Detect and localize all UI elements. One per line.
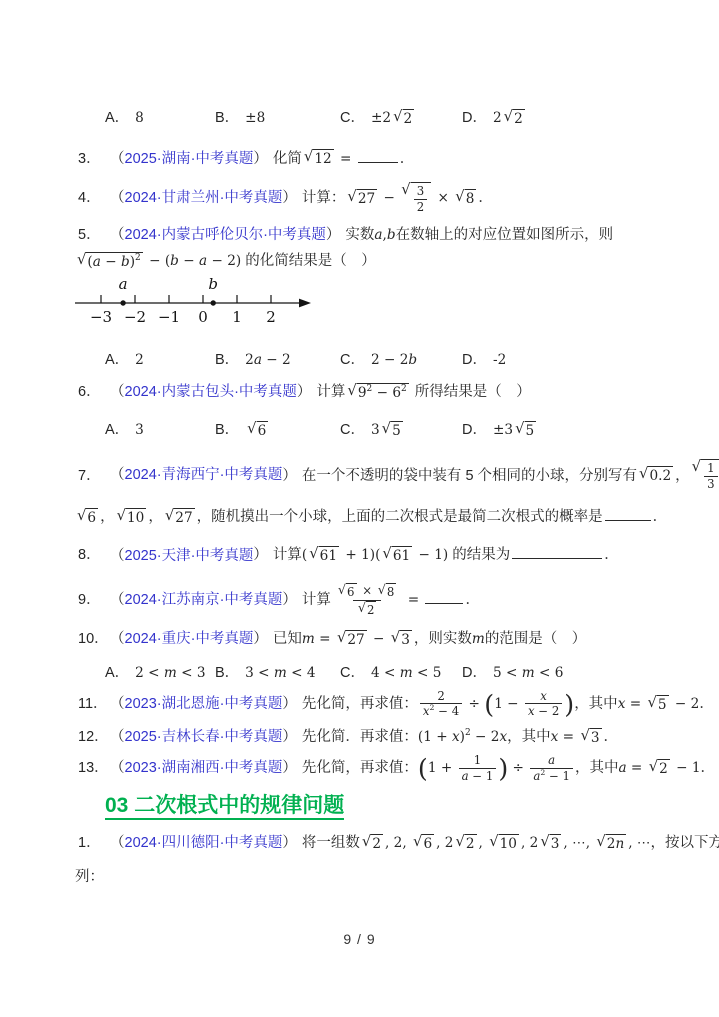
radicand: 3 [400,630,412,649]
radical-sign: √ [413,834,422,850]
sqrt-expression: √27 [337,630,367,649]
choice-label: A． [105,352,129,368]
text-run: 在数轴上的对应位置如图所示，则 [396,227,614,243]
math-run: , 2 [521,835,538,851]
problem-body: 实数a,b在数轴上的对应位置如图所示，则 [345,227,613,243]
radicand: 3 [590,728,602,747]
citation: 2024·青海西宁·中考真题 [125,468,283,484]
sqrt-expression: √5 [382,421,403,440]
math-run: ( [302,547,307,563]
section-heading: 03 二次根式中的规律问题 [105,792,679,819]
sqrt-expression: √6 [77,508,98,527]
document-page: A．8B．±8C．±2√2D．2√23．（2025·湖南·中考真题）化简√12 … [0,0,719,1017]
choice-b: B．3 < m < 4 [215,663,340,685]
math-variable: a [254,352,262,368]
svg-text:b: b [208,276,218,293]
problem-5: 5．（2024·内蒙古呼伦贝尔·中考真题）实数a,b在数轴上的对应位置如图所示，… [75,225,679,247]
choice-b: B．±8 [215,108,340,130]
math-run: 2 [404,111,413,127]
math-run: − 2 [535,704,560,718]
text-run: ，其中 [575,760,619,776]
choice-label: C． [340,422,365,438]
text-run: 先化简，再求值： [302,696,418,712]
radicand: 8 [386,583,396,599]
choice-d: D．-2 [462,350,506,372]
math-run: 2 [514,111,523,127]
sqrt-expression: √(a − b)2 [77,252,143,271]
radical-sign: √ [77,252,86,268]
radicand: 27 [346,630,366,649]
answer-blank [425,589,463,604]
math-run: 2 [466,836,475,852]
radical-sign: √ [347,189,356,205]
math-variable: b [387,227,396,243]
citation: 2024·内蒙古呼伦贝尔·中考真题 [125,227,326,243]
choice-label: C． [340,665,365,681]
radical-sign: √ [347,383,356,399]
radical-sign: √ [165,508,174,524]
problem-body: 计算：√27 − √32 × √8． [302,190,493,206]
problem-number: 12． [78,727,110,749]
math-run: < 4 [287,665,316,681]
problem-number: 4． [78,188,110,210]
math-run: ±2 [371,110,391,126]
superscript: 2 [401,384,407,394]
radicand: 27 [357,189,377,208]
math-run: , ⋯ [628,835,650,851]
text-run: ， [148,509,163,525]
text-run: ， [675,468,690,484]
math-run: 3 [417,184,424,198]
math-variable: b [408,352,417,368]
problem-body: 在一个不透明的袋中装有 5 个相同的小球，分别写有√0.2，√13， [302,468,719,484]
math-run: − 1 [545,769,570,783]
denominator: x2 − 4 [420,703,462,719]
paren-open: （ [110,190,125,206]
paren-open: （ [110,835,125,851]
radicand: 6 [257,421,269,440]
problem-body: 计算(√61 + 1)(√61 − 1) 的结果为． [273,547,619,563]
radical-sign: √ [455,834,464,850]
math-run: 3 [401,632,410,648]
math-variable: x [452,729,460,745]
math-run: − 2 [262,352,291,368]
radical-sign: √ [338,583,346,597]
paren-close: ） [282,592,297,608]
radical-sign: √ [337,630,346,646]
choice-d: D．±3√5 [462,420,538,442]
citation: 2025·天津·中考真题 [125,547,254,563]
svg-text:a: a [119,276,128,293]
math-run: 2 [493,110,502,126]
math-run: − 4 [434,704,459,718]
math-run: = [315,631,335,647]
sqrt-expression: √2 [358,601,377,617]
math-run: 3 < [245,665,274,681]
math-run: 2 [245,352,254,368]
math-run: ÷ [508,760,528,776]
answer-blank [358,148,398,163]
math-run: = [336,151,356,167]
radicand: 61 [319,546,339,565]
sqrt-expression: √2 [504,109,525,128]
math-run: 6 [258,423,267,439]
math-run: = [558,729,578,745]
sqrt-expression: √3 [540,834,561,853]
problem-number: 3． [78,149,110,171]
problem-number: 7． [78,466,110,488]
math-run: 2 − 2 [371,352,408,368]
section-heading-text: 03 二次根式中的规律问题 [105,794,344,820]
text-run: ． [604,729,619,745]
denominator: √2 [353,600,382,617]
problem-body: 计算√6 × √8√2 = ． [302,592,480,608]
math-run: − 1 [469,769,494,783]
sqrt-expression: √10 [117,508,147,527]
math-run: ÷ [464,696,484,712]
problem-number: 8． [78,545,110,567]
paren-open: （ [110,227,125,243]
paren-open: （ [110,729,125,745]
math-run: 6 [347,585,354,599]
text-run: 列： [75,869,104,885]
paren-close: ） [297,384,312,400]
numerator: 3 [414,184,427,199]
text-run: 在一个不透明的袋中装有 5 个相同的小球，分别写有 [302,468,637,484]
math-variable: a [374,227,382,243]
sqrt-expression: √3 [580,728,601,747]
denominator: 3 [704,476,717,492]
figure-block: −3−2−1012ab [71,276,679,340]
math-variable: m [302,631,315,647]
paren-close: ） [282,468,297,484]
text-run: 实数 [345,227,374,243]
denominator: a2 − 1 [530,768,573,784]
text-run: ，其中 [574,696,618,712]
math-variable: b [170,253,179,269]
sqrt-expression: √2 [649,759,670,778]
paren-close: ） [282,729,297,745]
radical-sign: √ [117,508,126,524]
problem-number: 13． [78,758,110,780]
math-run: − 2 [671,696,700,712]
radicand: 8 [465,189,477,208]
paren-open: （ [110,592,125,608]
math-run: 3 [371,422,380,438]
math-run: , 2, [385,835,411,851]
math-run: , ⋯, [563,835,594,851]
choice-d: D．2√2 [462,108,527,130]
continuation-line: √(a − b)2 − (b − a − 2) 的化简结果是（ ） [75,251,679,273]
citation: 2023·湖南湘西·中考真题 [125,760,283,776]
choice-label: D． [462,110,487,126]
paren-open: （ [110,547,125,563]
radicand: 5 [525,421,537,440]
math-variable: x [528,704,535,718]
radical-sign: √ [247,421,256,437]
numerator: 1 [704,461,717,476]
citation: 2024·甘肃兰州·中考真题 [125,190,283,206]
math-run: − ( [145,253,170,269]
radical-sign: √ [401,182,410,198]
text-run: ． [699,696,714,712]
choices-row: A．3B．√6C．3√5D．±3√5 [75,420,679,442]
math-run: (1 + [418,729,452,745]
denominator: 2 [414,199,427,215]
radical-sign: √ [596,834,605,850]
text-run: ． [701,760,716,776]
citation: 2025·湖南·中考真题 [125,151,254,167]
choice-c: C．3√5 [340,420,462,442]
choice-label: B． [215,422,239,438]
choice-a: A．2 [105,350,215,372]
text-run: ，其中 [507,729,551,745]
problem-body: 将一组数√2, 2, √6, 2√2, √10, 2√3, ⋯, √2n, ⋯，… [302,835,719,851]
math-variable: a [618,760,626,776]
fraction: aa2 − 1 [530,753,573,784]
math-variable: a [548,753,555,767]
paren-close: ） [282,696,297,712]
radical-sign: √ [378,583,386,597]
radicand: 2 [658,759,670,778]
math-run: 10 [127,510,144,526]
sqrt-expression: √5 [515,421,536,440]
radicand: 13 [701,459,719,492]
denominator: a − 1 [459,768,497,784]
math-run: = [627,760,647,776]
choice-label: B． [215,352,239,368]
citation: 2024·内蒙古包头·中考真题 [125,384,297,400]
fraction: xx − 2 [525,689,562,720]
problem-9: 9．（2024·江苏南京·中考真题）计算√6 × √8√2 = ． [75,583,679,617]
math-variable: b [121,254,130,270]
math-variable: x [423,704,430,718]
text-run: ． [400,151,415,167]
text-run: 化简 [273,151,302,167]
text-run: 将一组数 [302,835,360,851]
paren-close: ） [253,151,268,167]
text-run: 的结果为 [448,547,510,563]
math-run: 10 [500,836,517,852]
text-run: 已知 [273,631,302,647]
math-variable: m [164,665,177,681]
sqrt-expression: √61 [382,546,412,565]
text-run: ， [100,509,115,525]
math-run: ±8 [245,110,265,126]
radical-sign: √ [515,421,524,437]
math-run: 2 [372,836,381,852]
math-run: < 3 [177,665,206,681]
problem-body: 已知m = √27 − √3，则实数m的范围是（ ） [273,631,586,647]
citation: 2023·湖北恩施·中考真题 [125,696,283,712]
math-variable: x [540,689,547,703]
problem-6: 6．（2024·内蒙古包头·中考真题）计算√92 − 62 所得结果是（ ） [75,382,679,404]
choice-label: D． [462,352,487,368]
math-run: -2 [493,352,506,368]
math-run: − [379,190,399,206]
text-run: 先化简．再求值： [302,729,418,745]
radicand: 0.2 [648,466,673,485]
text-run: 计算 [316,384,345,400]
svg-text:−3: −3 [90,308,112,326]
radicand: 5 [657,695,669,714]
radical-sign: √ [393,109,402,125]
math-run: 2 [135,352,144,368]
math-run: × [433,190,453,206]
citation: 2025·吉林长春·中考真题 [125,729,283,745]
radicand: 2 [513,109,525,128]
math-run: − 1 [672,760,701,776]
math-run: ±3 [493,422,513,438]
problem-body: 先化简．再求值：(1 + x)2 − 2x，其中x = √3． [302,729,618,745]
svg-text:−1: −1 [158,308,180,326]
paren-open: （ [110,631,125,647]
radicand: 6 [346,583,356,599]
radicand: 10 [499,834,519,853]
math-run: 2 < [135,665,164,681]
numerator: 2 [434,689,447,704]
sqrt-expression: √2 [393,109,414,128]
problem-11: 11．（2023·湖北恩施·中考真题）先化简，再求值：2x2 − 4 ÷ (1 … [75,689,679,720]
choice-c: C．±2√2 [340,108,462,130]
citation: 2024·四川德阳·中考真题 [125,835,283,851]
text-run: ． [604,547,619,563]
choice-a: A．8 [105,108,215,130]
math-run: < 6 [535,665,564,681]
math-run: 0.2 [649,468,671,484]
radicand: 2 [366,601,376,617]
numerator: 1 [471,753,484,768]
math-run: < 5 [413,665,442,681]
numerator: a [545,753,558,768]
problem-number: 6． [78,382,110,404]
radical-sign: √ [358,601,366,615]
math-run: − 2) [207,253,241,269]
sqrt-expression: √2n [596,834,626,853]
math-run: 8 [135,110,144,126]
big-paren: ) [498,753,508,783]
math-run: 2 [367,603,374,617]
fraction: 1a − 1 [459,753,497,784]
problem-13: 13．（2023·湖南湘西·中考真题）先化简，再求值：(1 + 1a − 1) … [75,753,679,784]
sqrt-expression: √8 [378,583,397,599]
problem-body: 计算√92 − 62 所得结果是（ ） [316,384,530,400]
fraction: 2x2 − 4 [420,689,462,720]
sqrt-expression: √10 [489,834,519,853]
radicand: 2n [606,834,626,853]
svg-text:2: 2 [266,308,276,326]
choice-a: A．3 [105,420,215,442]
problem-number: 9． [78,590,110,612]
choice-b: B．√6 [215,420,340,442]
math-run: 1 − [494,696,523,712]
math-run: 2 [417,200,424,214]
text-run: ，按以下方式进行排 [651,835,719,851]
problem-10: 10．（2024·重庆·中考真题）已知m = √27 − √3，则实数m的范围是… [75,629,679,651]
math-variable: n [615,836,624,852]
choice-a: A．2 < m < 3 [105,663,215,685]
radical-sign: √ [647,695,656,711]
document-content: A．8B．±8C．±2√2D．2√23．（2025·湖南·中考真题）化简√12 … [75,108,679,888]
paren-close: ） [282,835,297,851]
math-run: 5 [526,423,535,439]
text-run: 的化简结果是（ ） [241,253,376,269]
choice-label: D． [462,422,487,438]
math-run: − [101,254,121,270]
math-variable: m [522,665,535,681]
math-run: = [403,592,423,608]
citation: 2024·江苏南京·中考真题 [125,592,283,608]
big-paren: ( [484,688,494,718]
paren-open: （ [110,760,125,776]
radical-sign: √ [304,149,313,165]
choice-c: C．2 − 2b [340,350,462,372]
math-run: 27 [358,191,375,207]
radical-sign: √ [362,834,371,850]
radicand: 10 [126,508,146,527]
radicand: 27 [174,508,194,527]
sqrt-expression: √3 [391,630,412,649]
radical-sign: √ [489,834,498,850]
math-variable: a [93,254,101,270]
text-run: 先化简，再求值： [302,760,418,776]
radical-sign: √ [77,508,86,524]
math-run: 5 < [493,665,522,681]
radicand: (a − b)2 [86,252,142,271]
radicand: 6 [422,834,434,853]
math-run: , [479,835,488,851]
sqrt-expression: √27 [347,189,377,208]
radicand: 5 [391,421,403,440]
answer-blank [605,506,651,521]
big-paren: ( [418,753,428,783]
continuation-line: √6，√10，√27，随机摸出一个小球，上面的二次根式是最简二次根式的概率是． [75,506,679,529]
math-run: − [369,631,389,647]
sqrt-expression: √8 [455,189,476,208]
paren-open: （ [110,151,125,167]
math-variable: a [199,253,207,269]
number-line-figure: −3−2−1012ab [71,276,323,332]
math-variable: m [274,665,287,681]
superscript: 2 [135,253,141,263]
radical-sign: √ [455,189,464,205]
paren-open: （ [110,696,125,712]
sqrt-expression: √2 [362,834,383,853]
math-run: 8 [466,191,475,207]
sqrt-expression: √32 [401,182,431,215]
radicand: 2 [371,834,383,853]
math-run: 4 < [371,665,400,681]
page-number: 9 / 9 [0,931,719,947]
text-run: 计算 [302,592,331,608]
math-run: 9 [358,385,367,401]
sqrt-expression: √6 [247,421,268,440]
problem-number: 10． [78,629,110,651]
text-run: ． [478,190,493,206]
paren-close: ） [282,190,297,206]
choice-label: B． [215,110,239,126]
text-run: ，则实数 [414,631,472,647]
problem-7: 7．（2024·青海西宁·中考真题）在一个不透明的袋中装有 5 个相同的小球，分… [75,459,679,492]
fraction: 32 [414,184,427,215]
radicand: 61 [392,546,412,565]
problem-number: 5． [78,225,110,247]
problem-1: 1．（2024·四川德阳·中考真题）将一组数√2, 2, √6, 2√2, √1… [75,833,679,855]
choice-b: B．2a − 2 [215,350,340,372]
math-run: 5 [658,697,667,713]
math-run: 1 + [428,760,457,776]
math-run: 2 [437,689,444,703]
